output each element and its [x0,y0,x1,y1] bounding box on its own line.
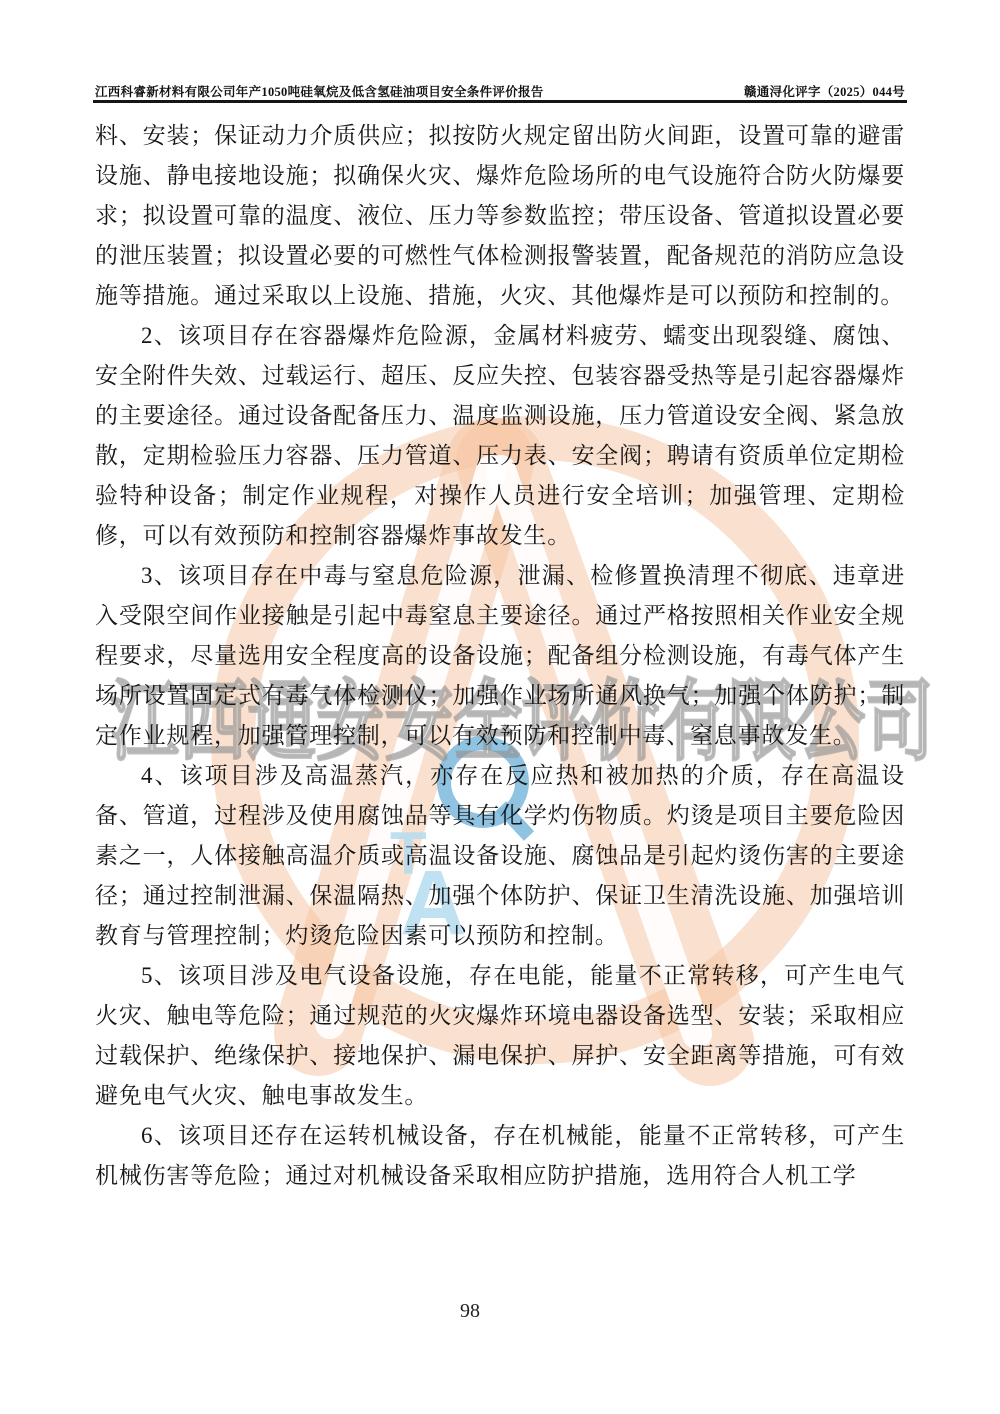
header-divider [93,100,907,103]
document-page: T A 江西通安安全评价有限公司 江西科睿新材料有限公司年产1050吨硅氧烷及低… [0,0,1000,1414]
paragraph-item-5: 5、该项目涉及电气设备设施，存在电能，能量不正常转移，可产生电气火灾、触电等危险… [95,956,905,1116]
paragraph-item-6: 6、该项目还存在运转机械设备，存在机械能，能量不正常转移，可产生机械伤害等危险；… [95,1116,905,1196]
paragraph-item-3: 3、该项目存在中毒与窒息危险源，泄漏、检修置换清理不彻底、违章进入受限空间作业接… [95,556,905,756]
paragraph-continuation: 料、安装；保证动力介质供应；拟按防火规定留出防火间距，设置可靠的避雷设施、静电接… [95,116,905,316]
report-body: 料、安装；保证动力介质供应；拟按防火规定留出防火间距，设置可靠的避雷设施、静电接… [95,116,905,1196]
paragraph-item-2: 2、该项目存在容器爆炸危险源，金属材料疲劳、蠕变出现裂缝、腐蚀、安全附件失效、过… [95,316,905,556]
header-report-title: 江西科睿新材料有限公司年产1050吨硅氧烷及低含氢硅油项目安全条件评价报告 [95,82,544,100]
paragraph-item-4: 4、该项目涉及高温蒸汽，亦存在反应热和被加热的介质，存在高温设备、管道，过程涉及… [95,756,905,956]
page-number: 98 [0,1300,940,1323]
header-doc-number: 赣通浔化评字（2025）044号 [744,82,905,100]
